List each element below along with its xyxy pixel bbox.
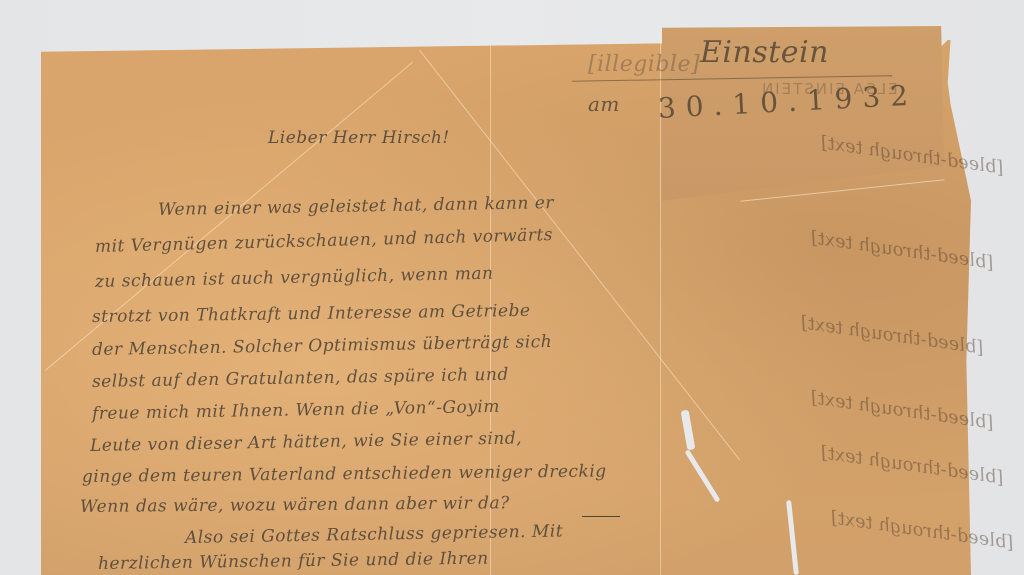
mirrored-stamp: ELSA EINSTEIN bbox=[760, 80, 898, 98]
date-prefix: am bbox=[588, 92, 620, 116]
emphasis-underline bbox=[582, 516, 620, 517]
letter-salutation: Lieber Herr Hirsch! bbox=[268, 128, 450, 148]
letterhead-prefix: [illegible] bbox=[588, 52, 700, 77]
letterhead-name: Einstein bbox=[700, 35, 829, 70]
letter-line: Wenn das wäre, wozu wären dann aber wir … bbox=[80, 493, 510, 517]
photo-stage: [illegible] Einstein am 30.10.1932 ELSA … bbox=[0, 0, 1024, 575]
